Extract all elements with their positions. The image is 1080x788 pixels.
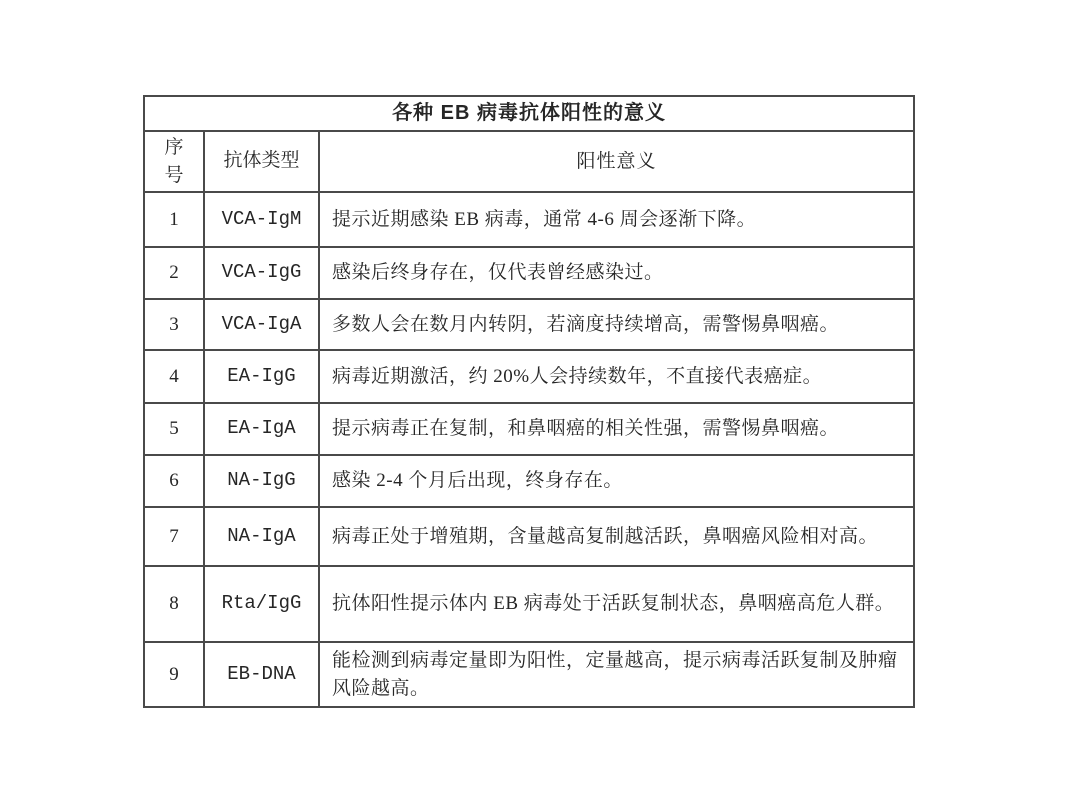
row-serial-number: 8 [144,566,204,642]
row-positive-meaning: 感染 2-4 个月后出现，终身存在。 [319,455,914,507]
table-title-row: 各种 EB 病毒抗体阳性的意义 [144,96,914,131]
row-serial-number: 2 [144,247,204,299]
table-row: 8 Rta/IgG 抗体阳性提示体内 EB 病毒处于活跃复制状态，鼻咽癌高危人群… [144,566,914,642]
table-row: 2 VCA-IgG 感染后终身存在，仅代表曾经感染过。 [144,247,914,299]
row-serial-number: 6 [144,455,204,507]
row-antibody-type: VCA-IgM [204,192,319,247]
row-antibody-type: VCA-IgG [204,247,319,299]
table-row: 3 VCA-IgA 多数人会在数月内转阴，若滴度持续增高，需警惕鼻咽癌。 [144,299,914,350]
table-row: 4 EA-IgG 病毒近期激活，约 20%人会持续数年，不直接代表癌症。 [144,350,914,403]
row-positive-meaning: 抗体阳性提示体内 EB 病毒处于活跃复制状态，鼻咽癌高危人群。 [319,566,914,642]
row-positive-meaning: 病毒正处于增殖期，含量越高复制越活跃，鼻咽癌风险相对高。 [319,507,914,566]
row-positive-meaning: 感染后终身存在，仅代表曾经感染过。 [319,247,914,299]
table-row: 1 VCA-IgM 提示近期感染 EB 病毒，通常 4-6 周会逐渐下降。 [144,192,914,247]
table-row: 7 NA-IgA 病毒正处于增殖期，含量越高复制越活跃，鼻咽癌风险相对高。 [144,507,914,566]
table-title: 各种 EB 病毒抗体阳性的意义 [144,96,914,131]
eb-antibody-table: 各种 EB 病毒抗体阳性的意义 序 号 抗体类型 阳性意义 1 VCA-IgM … [143,95,915,708]
row-antibody-type: EA-IgA [204,403,319,455]
row-serial-number: 9 [144,642,204,707]
row-serial-number: 5 [144,403,204,455]
row-serial-number: 1 [144,192,204,247]
header-positive-meaning: 阳性意义 [319,131,914,192]
table-row: 9 EB-DNA 能检测到病毒定量即为阳性，定量越高，提示病毒活跃复制及肿瘤风险… [144,642,914,707]
row-positive-meaning: 多数人会在数月内转阴，若滴度持续增高，需警惕鼻咽癌。 [319,299,914,350]
row-antibody-type: EA-IgG [204,350,319,403]
row-serial-number: 7 [144,507,204,566]
row-positive-meaning: 提示病毒正在复制，和鼻咽癌的相关性强，需警惕鼻咽癌。 [319,403,914,455]
header-antibody-type: 抗体类型 [204,131,319,192]
row-antibody-type: NA-IgG [204,455,319,507]
row-antibody-type: VCA-IgA [204,299,319,350]
row-antibody-type: NA-IgA [204,507,319,566]
table-row: 5 EA-IgA 提示病毒正在复制，和鼻咽癌的相关性强，需警惕鼻咽癌。 [144,403,914,455]
row-serial-number: 3 [144,299,204,350]
table-header-row: 序 号 抗体类型 阳性意义 [144,131,914,192]
row-positive-meaning: 提示近期感染 EB 病毒，通常 4-6 周会逐渐下降。 [319,192,914,247]
table-row: 6 NA-IgG 感染 2-4 个月后出现，终身存在。 [144,455,914,507]
row-serial-number: 4 [144,350,204,403]
row-antibody-type: EB-DNA [204,642,319,707]
page: 各种 EB 病毒抗体阳性的意义 序 号 抗体类型 阳性意义 1 VCA-IgM … [0,0,1080,788]
header-serial-number: 序 号 [144,131,204,192]
row-positive-meaning: 能检测到病毒定量即为阳性，定量越高，提示病毒活跃复制及肿瘤风险越高。 [319,642,914,707]
row-positive-meaning: 病毒近期激活，约 20%人会持续数年，不直接代表癌症。 [319,350,914,403]
row-antibody-type: Rta/IgG [204,566,319,642]
